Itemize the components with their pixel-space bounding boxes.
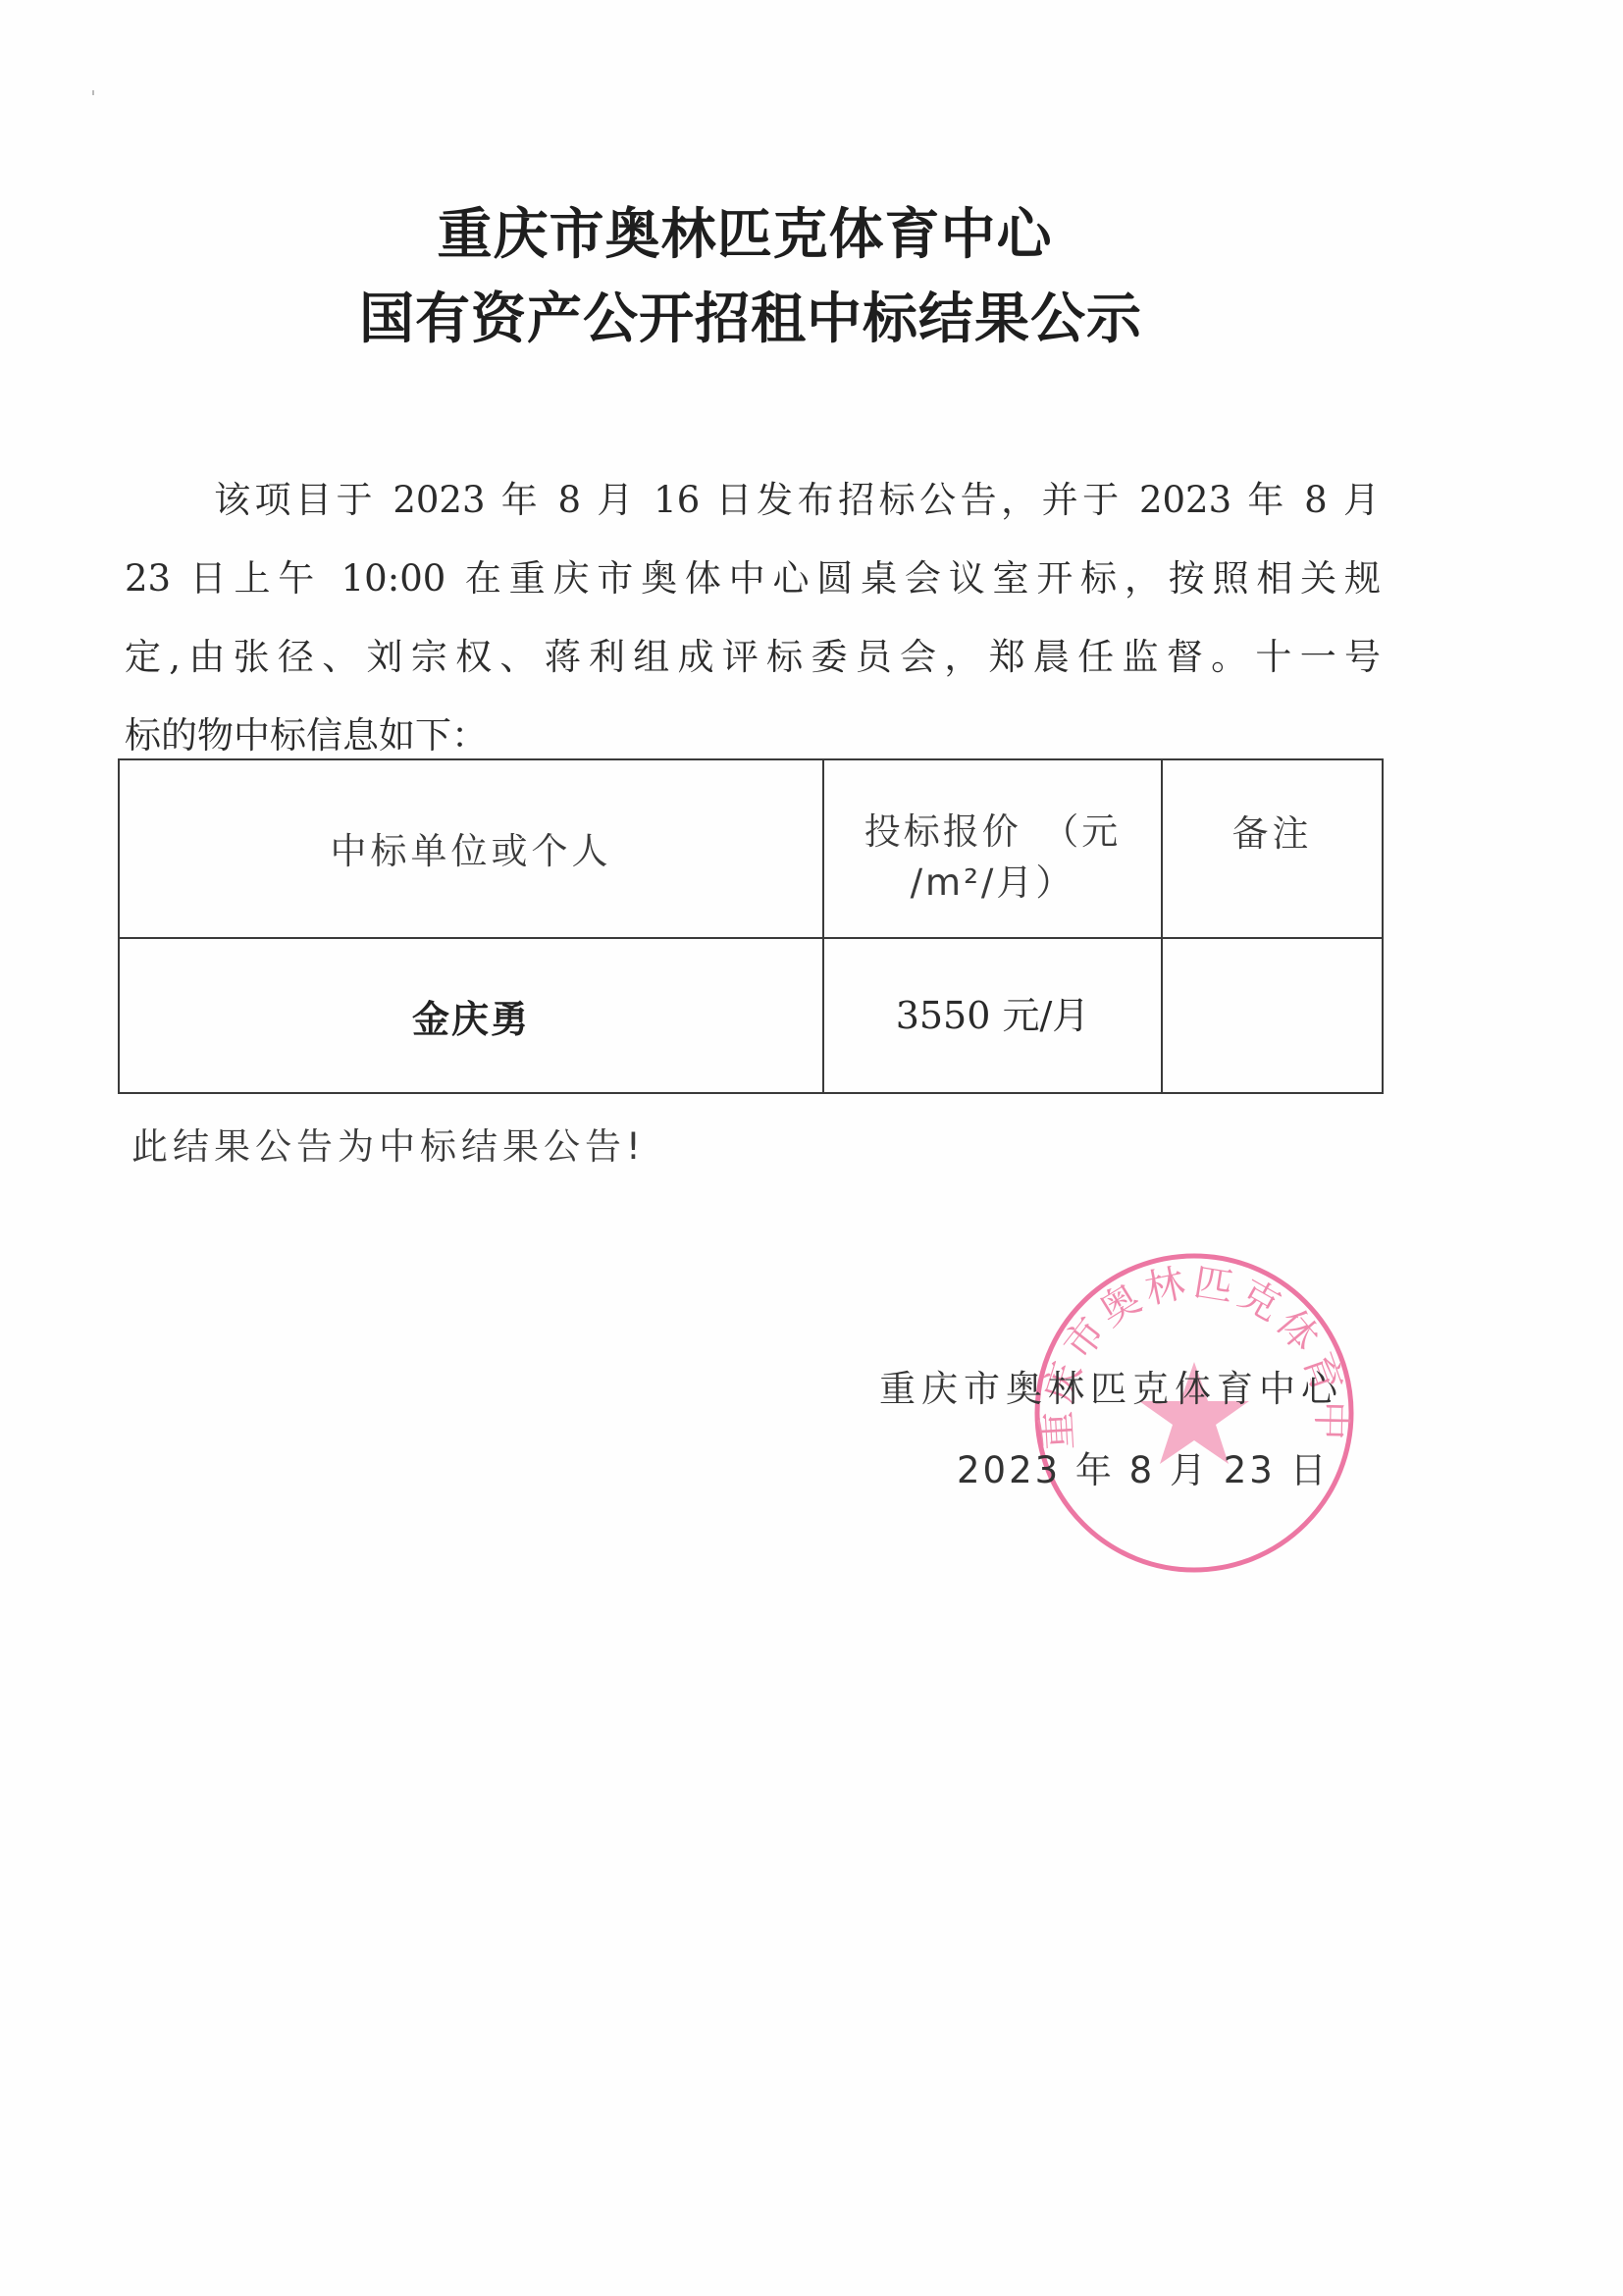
- document-title-line1: 重庆市奥林匹克体育中心: [0, 207, 1556, 262]
- body-paragraph-line: 标的物中标信息如下：: [125, 717, 1381, 754]
- table-header-winner: 中标单位或个人: [120, 760, 822, 937]
- signature-organization: 重庆市奥林匹克体育中心: [879, 1371, 1343, 1407]
- conclusion-statement: 此结果公告为中标结果公告!: [131, 1128, 646, 1165]
- header-label: 备注: [1232, 811, 1313, 857]
- bid-result-table: 中标单位或个人 投标报价 （元 /m²/月） 备注 金庆勇 3550 元/月: [118, 758, 1384, 1094]
- header-label: /m²/月）: [911, 861, 1075, 906]
- header-label: 投标报价 （元: [864, 809, 1122, 855]
- body-paragraph-line: 定,由张径、刘宗权、蒋利组成评标委员会，郑晨任监督。十一号: [125, 639, 1381, 675]
- table-cell-price: 3550 元/月: [824, 939, 1161, 1092]
- header-label: 中标单位或个人: [331, 829, 612, 874]
- table-row: 金庆勇: [120, 939, 822, 1092]
- winner-name: 金庆勇: [412, 989, 530, 1043]
- document-page: 重庆市奥林匹克体育中心 国有资产公开招租中标结果公示 该项目于 2023 年 8…: [0, 0, 1623, 2296]
- table-header-remarks: 备注: [1163, 760, 1382, 937]
- table-header-price: 投标报价 （元 /m²/月）: [824, 760, 1161, 937]
- official-seal-stamp-icon: 重庆市奥林匹克体育中心: [1033, 1252, 1355, 1574]
- body-paragraph-line: 该项目于 2023 年 8 月 16 日发布招标公告，并于 2023 年 8 月: [214, 482, 1380, 518]
- document-title-line2: 国有资产公开招租中标结果公示: [0, 291, 1562, 346]
- bid-price: 3550 元/月: [896, 985, 1090, 1039]
- signature-date: 2023 年 8 月 23 日: [957, 1452, 1330, 1488]
- table-cell-remarks: [1163, 939, 1382, 1092]
- body-paragraph-line: 23 日上午 10:00 在重庆市奥体中心圆桌会议室开标，按照相关规: [125, 560, 1381, 597]
- scan-artifact: [92, 90, 94, 95]
